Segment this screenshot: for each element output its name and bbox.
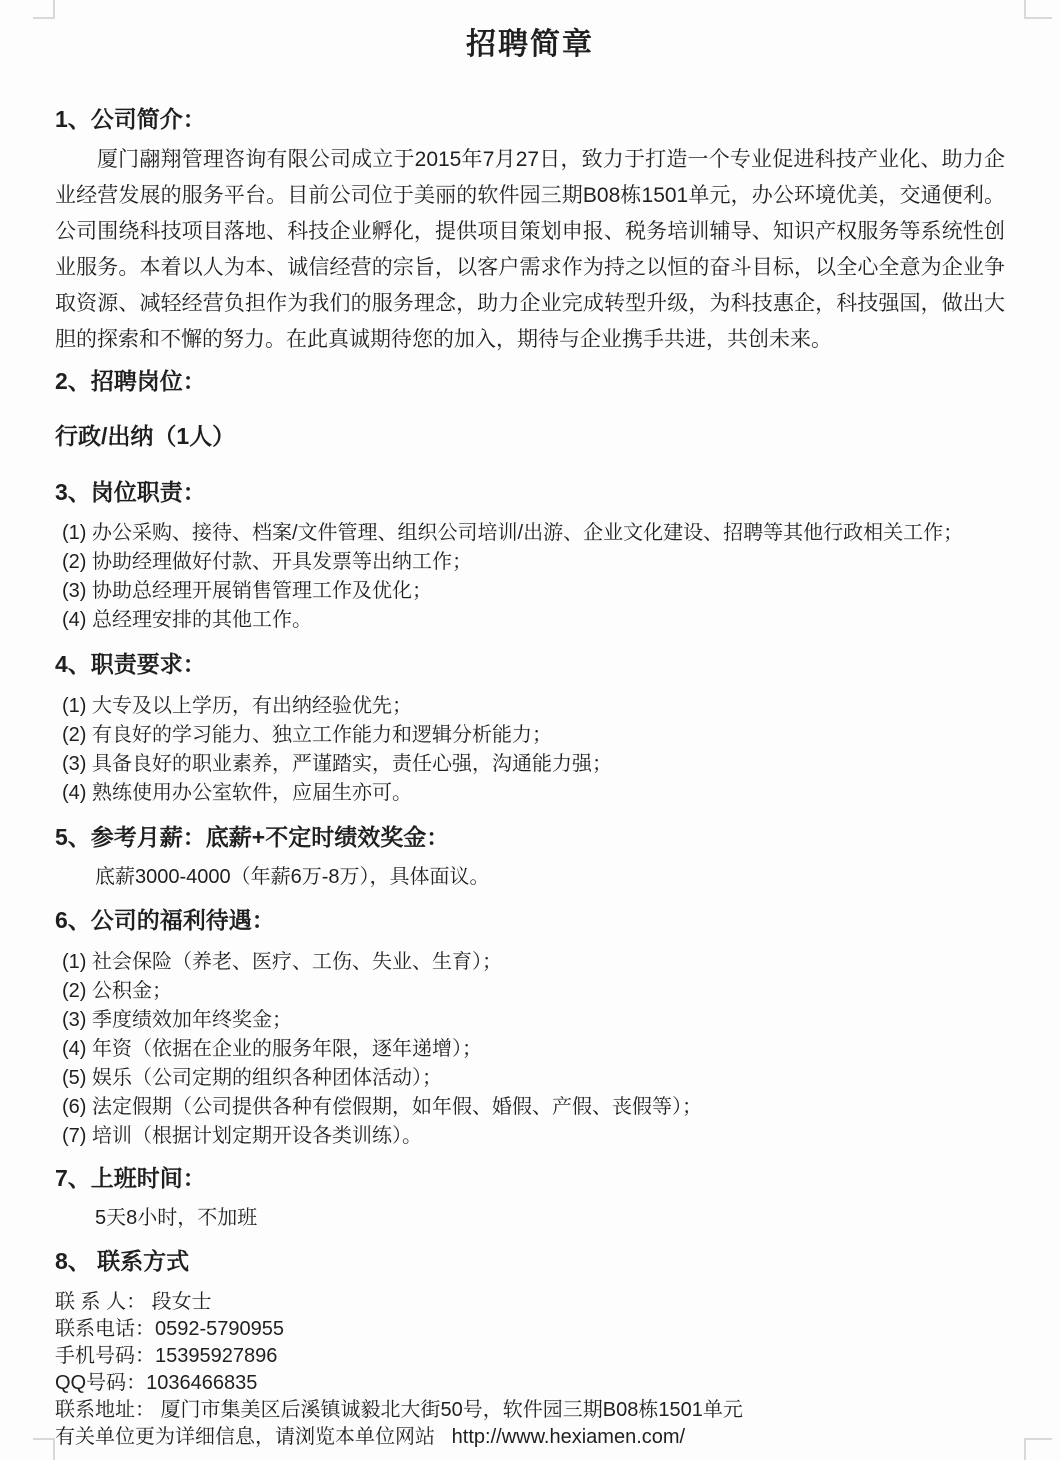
duty-item: (3) 协助总经理开展销售管理工作及优化； xyxy=(55,577,1005,606)
company-intro-paragraph: 厦门翮翔管理咨询有限公司成立于2015年7月27日，致力于打造一个专业促进科技产… xyxy=(55,142,1005,358)
salary-heading: 5、参考月薪：底薪+不定时绩效奖金： xyxy=(55,822,1005,852)
contact-block: 联 系 人： 段女士 联系电话：0592-5790955 手机号码：153959… xyxy=(55,1289,1005,1451)
duty-item: (4) 总经理安排的其他工作。 xyxy=(55,606,1005,635)
contact-person-line: 联 系 人： 段女士 xyxy=(55,1289,1005,1316)
benefits-list: (1) 社会保险（养老、医疗、工伤、失业、生育）； (2) 公积金； (3) 季… xyxy=(55,948,1005,1151)
requirement-item: (3) 具备良好的职业素养，严谨踏实，责任心强，沟通能力强； xyxy=(55,750,1005,779)
benefit-item: (5) 娱乐（公司定期的组织各种团体活动）； xyxy=(55,1064,1005,1093)
requirements-heading: 4、职责要求： xyxy=(55,649,1005,679)
requirement-item: (2) 有良好的学习能力、独立工作能力和逻辑分析能力； xyxy=(55,721,1005,750)
positions-heading: 2、招聘岗位： xyxy=(55,366,1005,396)
benefit-item: (4) 年资（依据在企业的服务年限，逐年递增）； xyxy=(55,1035,1005,1064)
page-corner-mark-top-left xyxy=(33,0,55,19)
website-note-line: 有关单位更为详细信息，请浏览本单位网站 http://www.hexiamen.… xyxy=(55,1424,1005,1451)
requirement-item: (1) 大专及以上学历，有出纳经验优先； xyxy=(55,692,1005,721)
benefit-item: (7) 培训（根据计划定期开设各类训练）。 xyxy=(55,1122,1005,1151)
salary-detail-line: 底薪3000-4000（年薪6万-8万），具体面议。 xyxy=(55,863,1005,892)
duties-list: (1) 办公采购、接待、档案/文件管理、组织公司培训/出游、企业文化建设、招聘等… xyxy=(55,519,1005,635)
company-intro-heading: 1、公司简介： xyxy=(55,104,1005,134)
page-corner-mark-bottom-right xyxy=(1024,1438,1052,1460)
requirements-list: (1) 大专及以上学历，有出纳经验优先； (2) 有良好的学习能力、独立工作能力… xyxy=(55,692,1005,808)
page-corner-mark-top-right xyxy=(1024,0,1052,19)
work-time-heading: 7、上班时间： xyxy=(55,1163,1005,1193)
contact-address-line: 联系地址： 厦门市集美区后溪镇诚毅北大街50号，软件园三期B08栋1501单元 xyxy=(55,1397,1005,1424)
position-line: 行政/出纳（1人） xyxy=(55,421,1005,451)
document-title: 招聘简章 xyxy=(55,26,1005,64)
benefits-heading: 6、公司的福利待遇： xyxy=(55,905,1005,935)
duty-item: (2) 协助经理做好付款、开具发票等出纳工作； xyxy=(55,548,1005,577)
contact-mobile-line: 手机号码：15395927896 xyxy=(55,1343,1005,1370)
requirement-item: (4) 熟练使用办公室软件，应届生亦可。 xyxy=(55,779,1005,808)
benefit-item: (6) 法定假期（公司提供各种有偿假期，如年假、婚假、产假、丧假等）； xyxy=(55,1093,1005,1122)
document-page: 招聘简章 1、公司简介： 厦门翮翔管理咨询有限公司成立于2015年7月27日，致… xyxy=(0,0,1060,1460)
contact-phone-line: 联系电话：0592-5790955 xyxy=(55,1316,1005,1343)
contact-heading: 8、 联系方式 xyxy=(55,1246,1005,1276)
benefit-item: (1) 社会保险（养老、医疗、工伤、失业、生育）； xyxy=(55,948,1005,977)
benefit-item: (2) 公积金； xyxy=(55,977,1005,1006)
work-time-detail-line: 5天8小时，不加班 xyxy=(55,1204,1005,1233)
duties-heading: 3、岗位职责： xyxy=(55,477,1005,507)
benefit-item: (3) 季度绩效加年终奖金； xyxy=(55,1006,1005,1035)
page-corner-mark-bottom-left xyxy=(33,1438,55,1460)
duty-item: (1) 办公采购、接待、档案/文件管理、组织公司培训/出游、企业文化建设、招聘等… xyxy=(55,519,1005,548)
contact-qq-line: QQ号码：1036466835 xyxy=(55,1370,1005,1397)
